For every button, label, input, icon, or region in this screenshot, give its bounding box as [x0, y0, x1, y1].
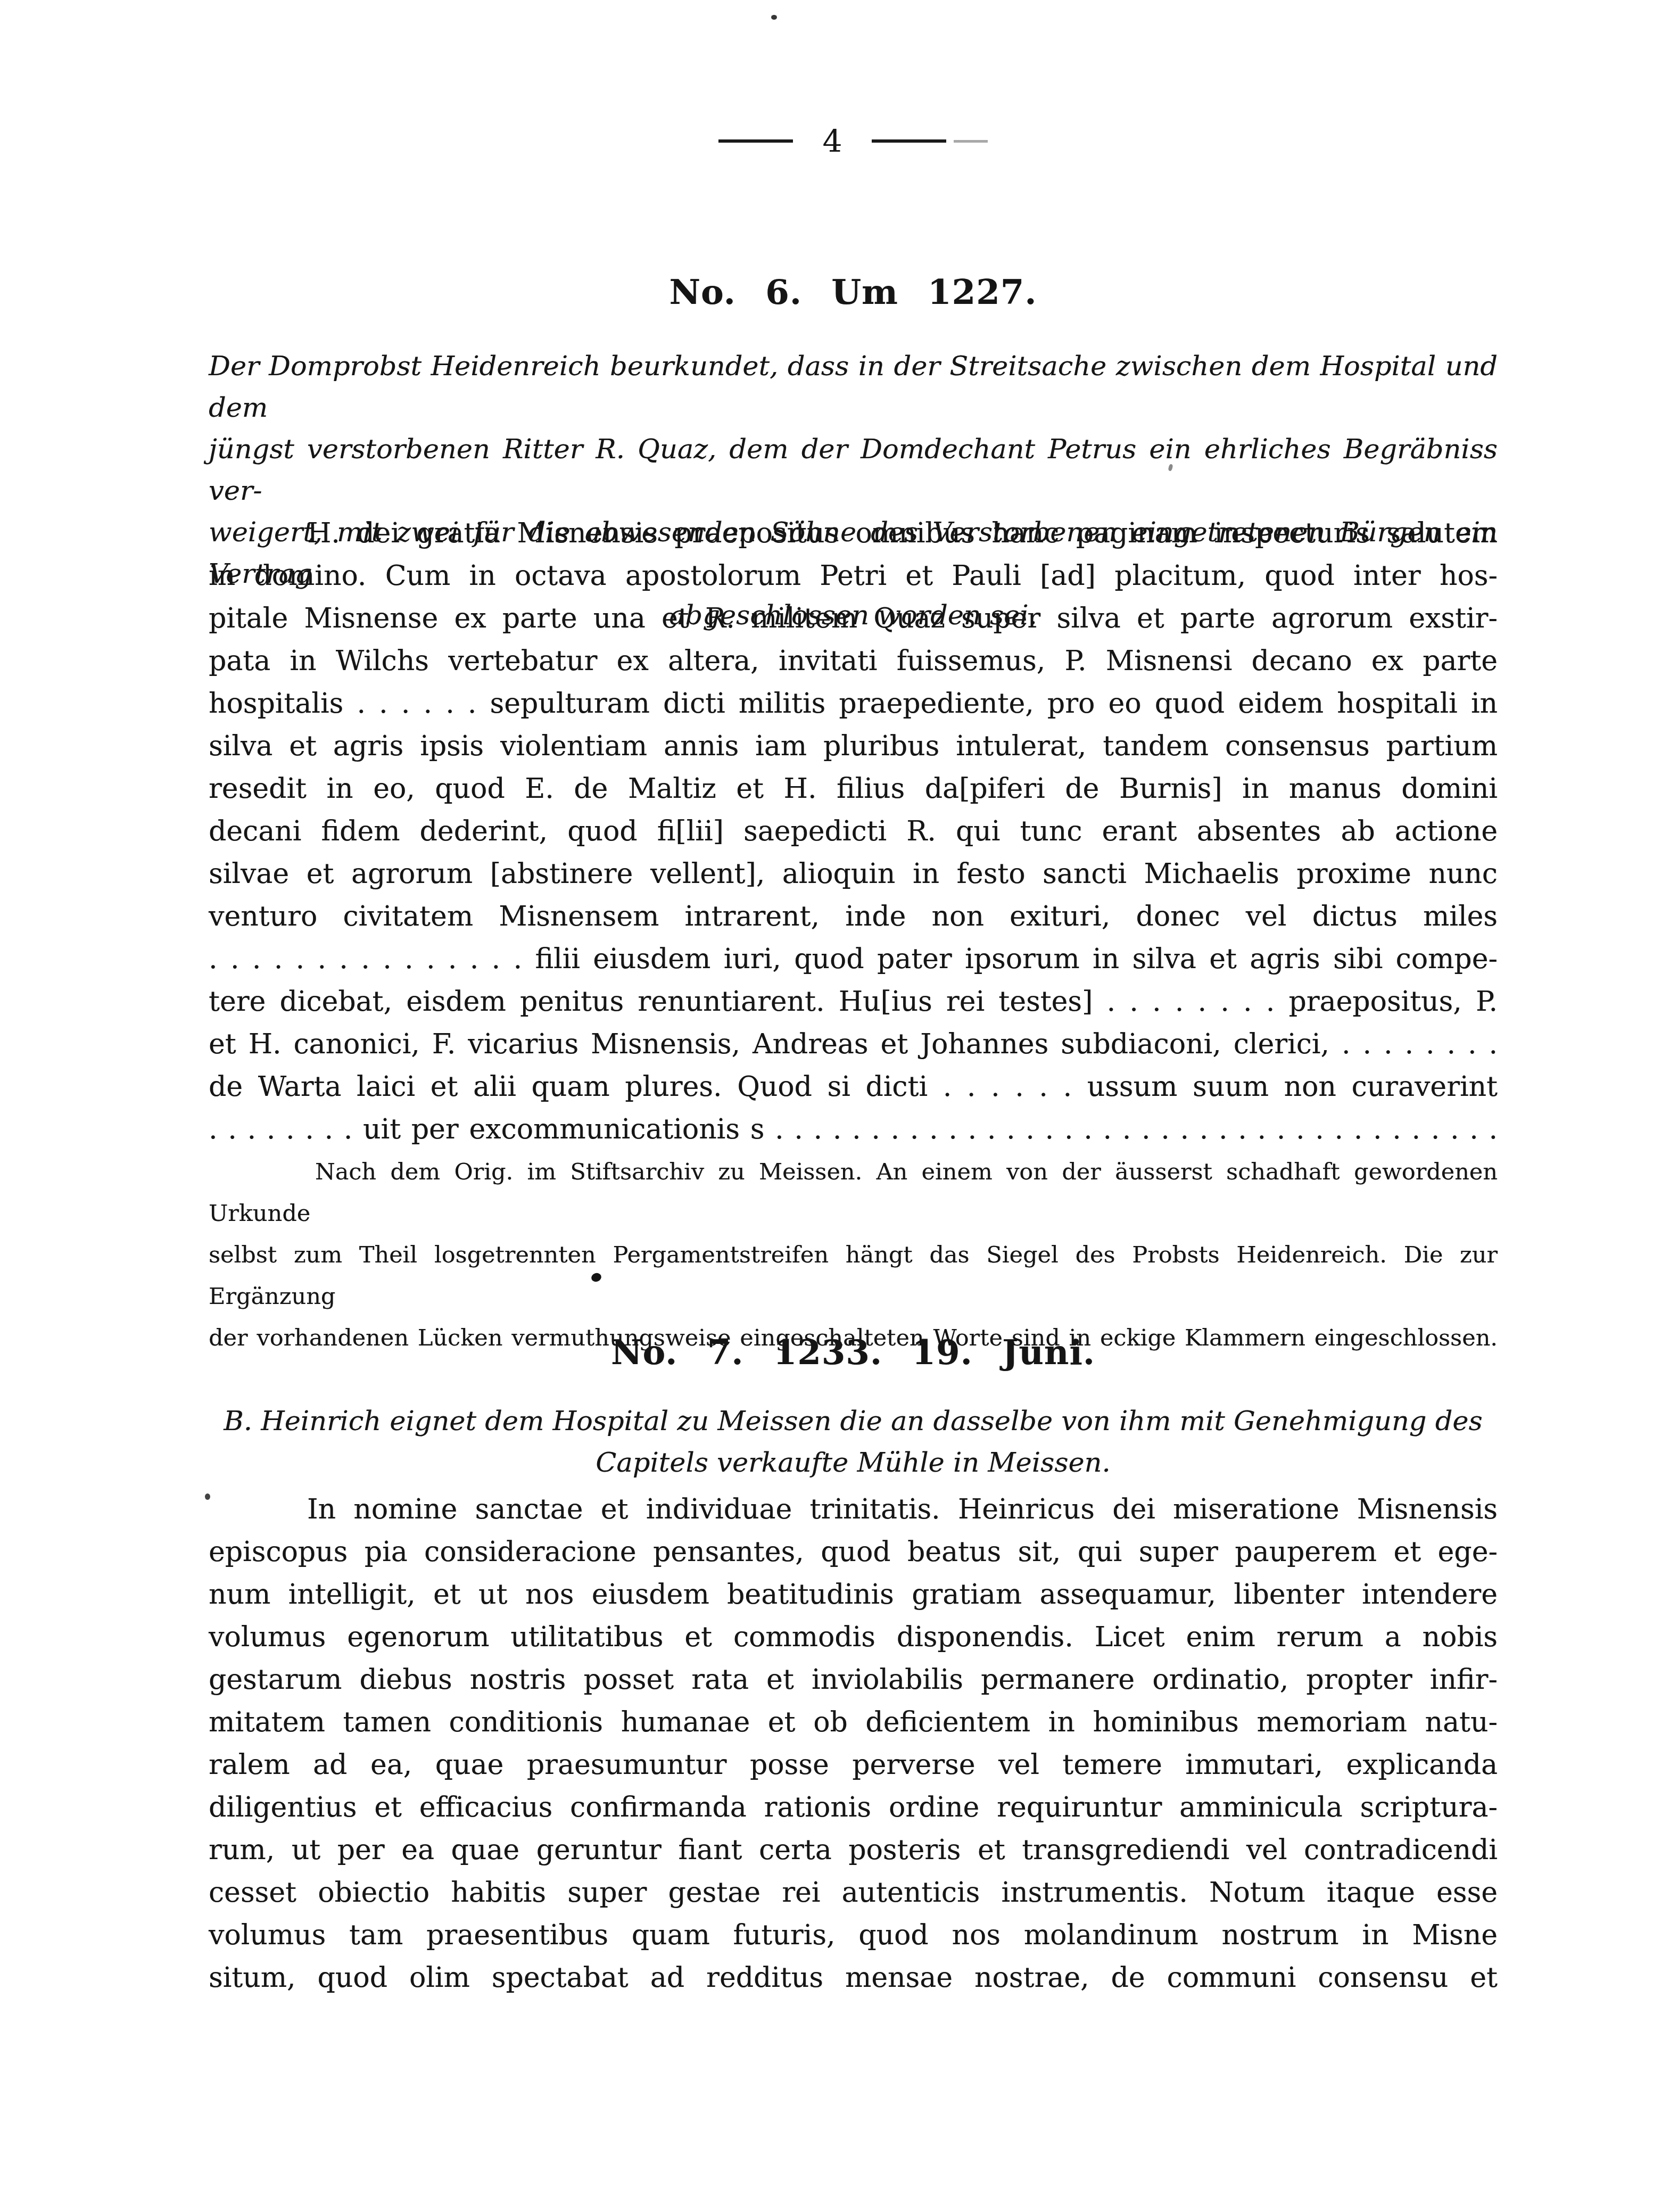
text-line: volumus egenorum utilitatibus et commodi…	[209, 1616, 1498, 1658]
summary-line: Capitels verkaufte Mühle in Meissen.	[209, 1442, 1498, 1484]
ink-speck	[771, 15, 777, 20]
text-line: pata in Wilchs vertebatur ex altera, inv…	[209, 640, 1498, 682]
text-line: decani fidem dederint, quod fi[lii] saep…	[209, 810, 1498, 853]
entry6-body: H. dei gratia Misnensis praepositus omni…	[209, 512, 1498, 1151]
text-line: silva et agris ipsis violentiam annis ia…	[209, 725, 1498, 767]
text-line: . . . . . . . . . . . . . . . filii eius…	[209, 938, 1498, 980]
page-number-rule-left	[718, 139, 793, 143]
entry7-summary: B. Heinrich eignet dem Hospital zu Meiss…	[209, 1401, 1498, 1484]
text-line: . . . . . . . . uit per excommunicationi…	[209, 1108, 1498, 1151]
summary-line: Der Domprobst Heidenreich beurkundet, da…	[209, 346, 1498, 429]
text-line: de Warta laici et alii quam plures. Quod…	[209, 1066, 1498, 1108]
text-line: cesset obiectio habitis super gestae rei…	[209, 1871, 1498, 1914]
text-line: resedit in eo, quod E. de Maltiz et H. f…	[209, 767, 1498, 810]
scanned-book-page: { "page": { "number": "4" }, "entry6": {…	[0, 0, 1670, 2212]
text-line: silvae et agrorum [abstinere vellent], a…	[209, 853, 1498, 895]
text-line: mitatem tamen conditionis humanae et ob …	[209, 1701, 1498, 1744]
summary-line: jüngst verstorbenen Ritter R. Quaz, dem …	[209, 429, 1498, 512]
text-line: H. dei gratia Misnensis praepositus omni…	[209, 512, 1498, 555]
text-line: pitale Misnense ex parte una et R. milit…	[209, 597, 1498, 640]
text-line: num intelligit, et ut nos eiusdem beatit…	[209, 1573, 1498, 1616]
text-line: diligentius et efficacius confirmanda ra…	[209, 1786, 1498, 1829]
page-number-rule-right	[872, 139, 988, 143]
text-line: situm, quod olim spectabat ad redditus m…	[209, 1957, 1498, 1999]
text-line: ralem ad ea, quae praesumuntur posse per…	[209, 1744, 1498, 1786]
page-header: 4	[209, 118, 1498, 164]
text-line: episcopus pia consideracione pensantes, …	[209, 1531, 1498, 1573]
text-line: In nomine sanctae et individuae trinitat…	[209, 1488, 1498, 1531]
entry7-body: In nomine sanctae et individuae trinitat…	[209, 1488, 1498, 1999]
ink-speck	[205, 1493, 210, 1500]
text-line: volumus tam praesentibus quam futuris, q…	[209, 1914, 1498, 1957]
summary-line: B. Heinrich eignet dem Hospital zu Meiss…	[209, 1401, 1498, 1442]
note-line: Nach dem Orig. im Stiftsarchiv zu Meisse…	[209, 1151, 1498, 1234]
text-line: gestarum diebus nostris posset rata et i…	[209, 1658, 1498, 1701]
entry7-heading: No. 7. 1233. 19. Juni.	[209, 1329, 1498, 1377]
text-line: venturo civitatem Misnensem intrarent, i…	[209, 895, 1498, 938]
text-line: et H. canonici, F. vicarius Misnensis, A…	[209, 1023, 1498, 1066]
text-line: tere dicebat, eisdem penitus renuntiaren…	[209, 980, 1498, 1023]
page-number: 4	[823, 123, 842, 159]
entry6-archival-note: Nach dem Orig. im Stiftsarchiv zu Meisse…	[209, 1151, 1498, 1359]
text-line: rum, ut per ea quae geruntur fiant certa…	[209, 1829, 1498, 1871]
text-line: in domino. Cum in octava apostolorum Pet…	[209, 555, 1498, 597]
entry6-heading: No. 6. Um 1227.	[209, 269, 1498, 317]
note-line: selbst zum Theil losgetrennten Pergament…	[209, 1234, 1498, 1317]
text-line: hospitalis . . . . . . sepulturam dicti …	[209, 682, 1498, 725]
